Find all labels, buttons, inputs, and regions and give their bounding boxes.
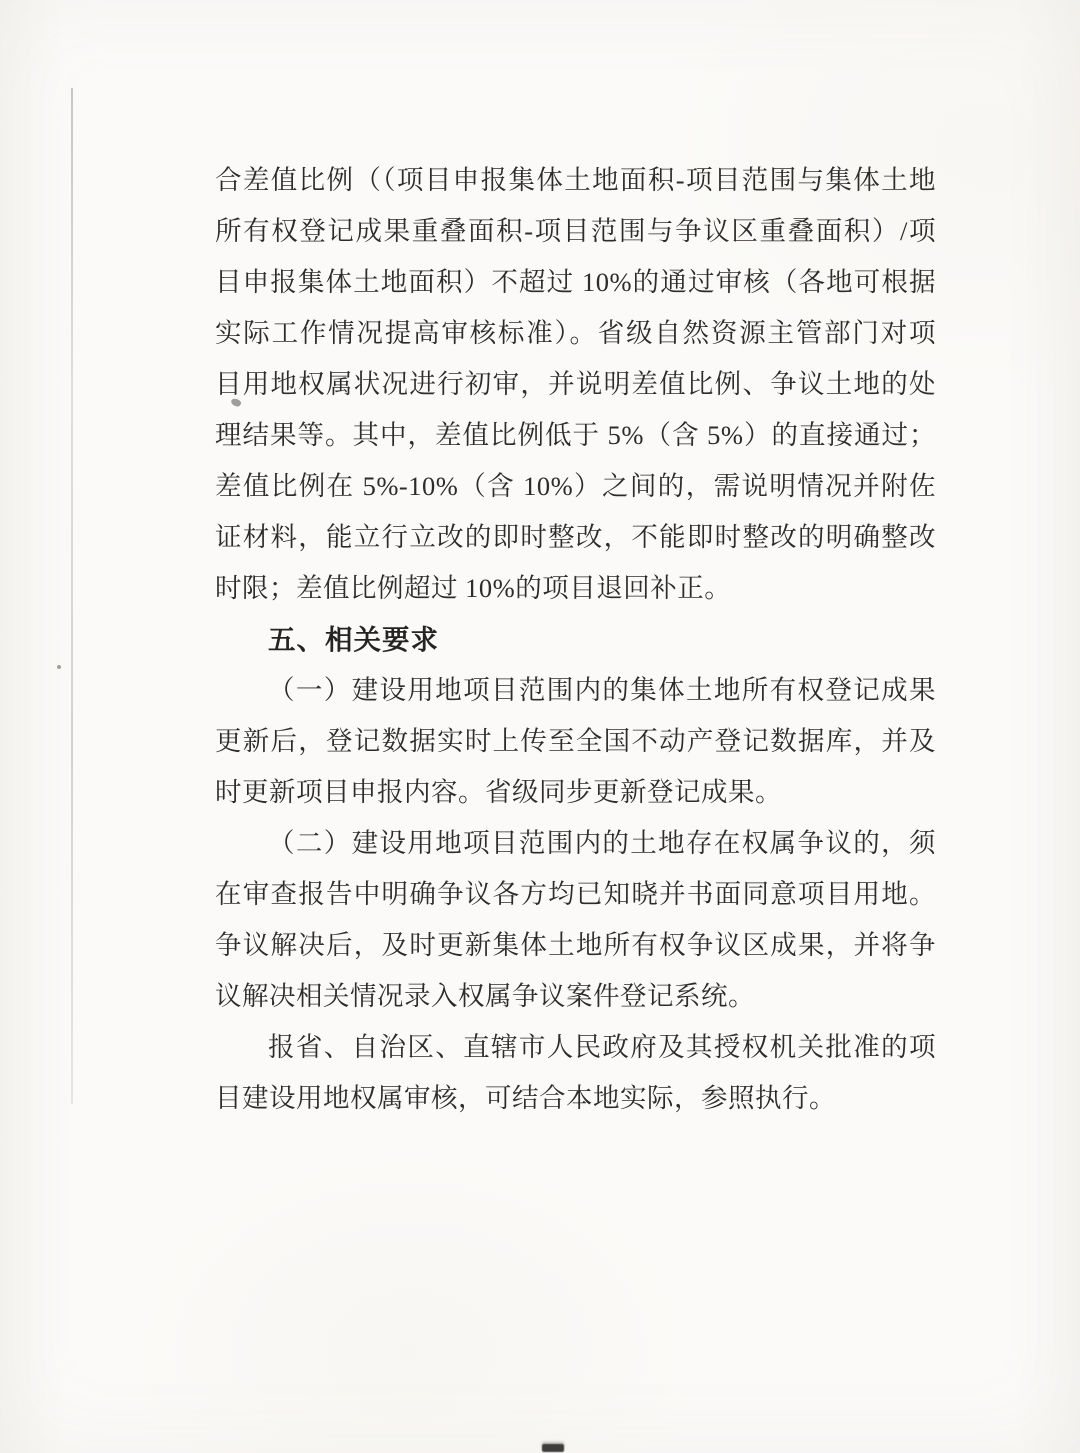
- text-line: 合差值比例（（项目申报集体土地面积-项目范围与集体土地: [215, 155, 936, 206]
- text-line: 议解决相关情况录入权属争议案件登记系统。: [215, 971, 936, 1022]
- text-line: 在审查报告中明确争议各方均已知晓并书面同意项目用地。: [215, 869, 936, 920]
- text-line: 报省、自治区、直辖市人民政府及其授权机关批准的项: [215, 1022, 936, 1073]
- text-line: 所有权登记成果重叠面积-项目范围与争议区重叠面积）/项: [215, 206, 936, 257]
- document-text-block: 合差值比例（（项目申报集体土地面积-项目范围与集体土地 所有权登记成果重叠面积-…: [215, 155, 936, 1124]
- text-line: （二）建设用地项目范围内的土地存在权属争议的，须: [215, 818, 936, 869]
- text-line: 目建设用地权属审核，可结合本地实际，参照执行。: [215, 1073, 936, 1124]
- text-line: 目申报集体土地面积）不超过 10%的通过审核（各地可根据: [215, 257, 936, 308]
- scan-speck-artifact: [57, 665, 61, 669]
- text-line: 证材料，能立行立改的即时整改，不能即时整改的明确整改: [215, 512, 936, 563]
- text-line: 理结果等。其中，差值比例低于 5%（含 5%）的直接通过；: [215, 410, 936, 461]
- text-line: 差值比例在 5%-10%（含 10%）之间的，需说明情况并附佐: [215, 461, 936, 512]
- text-line: （一）建设用地项目范围内的集体土地所有权登记成果: [215, 665, 936, 716]
- scan-bottom-smudge-artifact: [542, 1444, 564, 1452]
- text-line: 实际工作情况提高审核标准）。省级自然资源主管部门对项: [215, 308, 936, 359]
- text-line: 时更新项目申报内容。省级同步更新登记成果。: [215, 767, 936, 818]
- text-line: 更新后，登记数据实时上传至全国不动产登记数据库，并及: [215, 716, 936, 767]
- scanned-document-page: 合差值比例（（项目申报集体土地面积-项目范围与集体土地 所有权登记成果重叠面积-…: [0, 0, 1080, 1453]
- scan-fold-line-artifact: [71, 88, 73, 1104]
- text-line: 时限；差值比例超过 10%的项目退回补正。: [215, 563, 936, 614]
- section-heading: 五、相关要求: [215, 614, 936, 665]
- text-line: 目用地权属状况进行初审，并说明差值比例、争议土地的处: [215, 359, 936, 410]
- text-line: 争议解决后，及时更新集体土地所有权争议区成果，并将争: [215, 920, 936, 971]
